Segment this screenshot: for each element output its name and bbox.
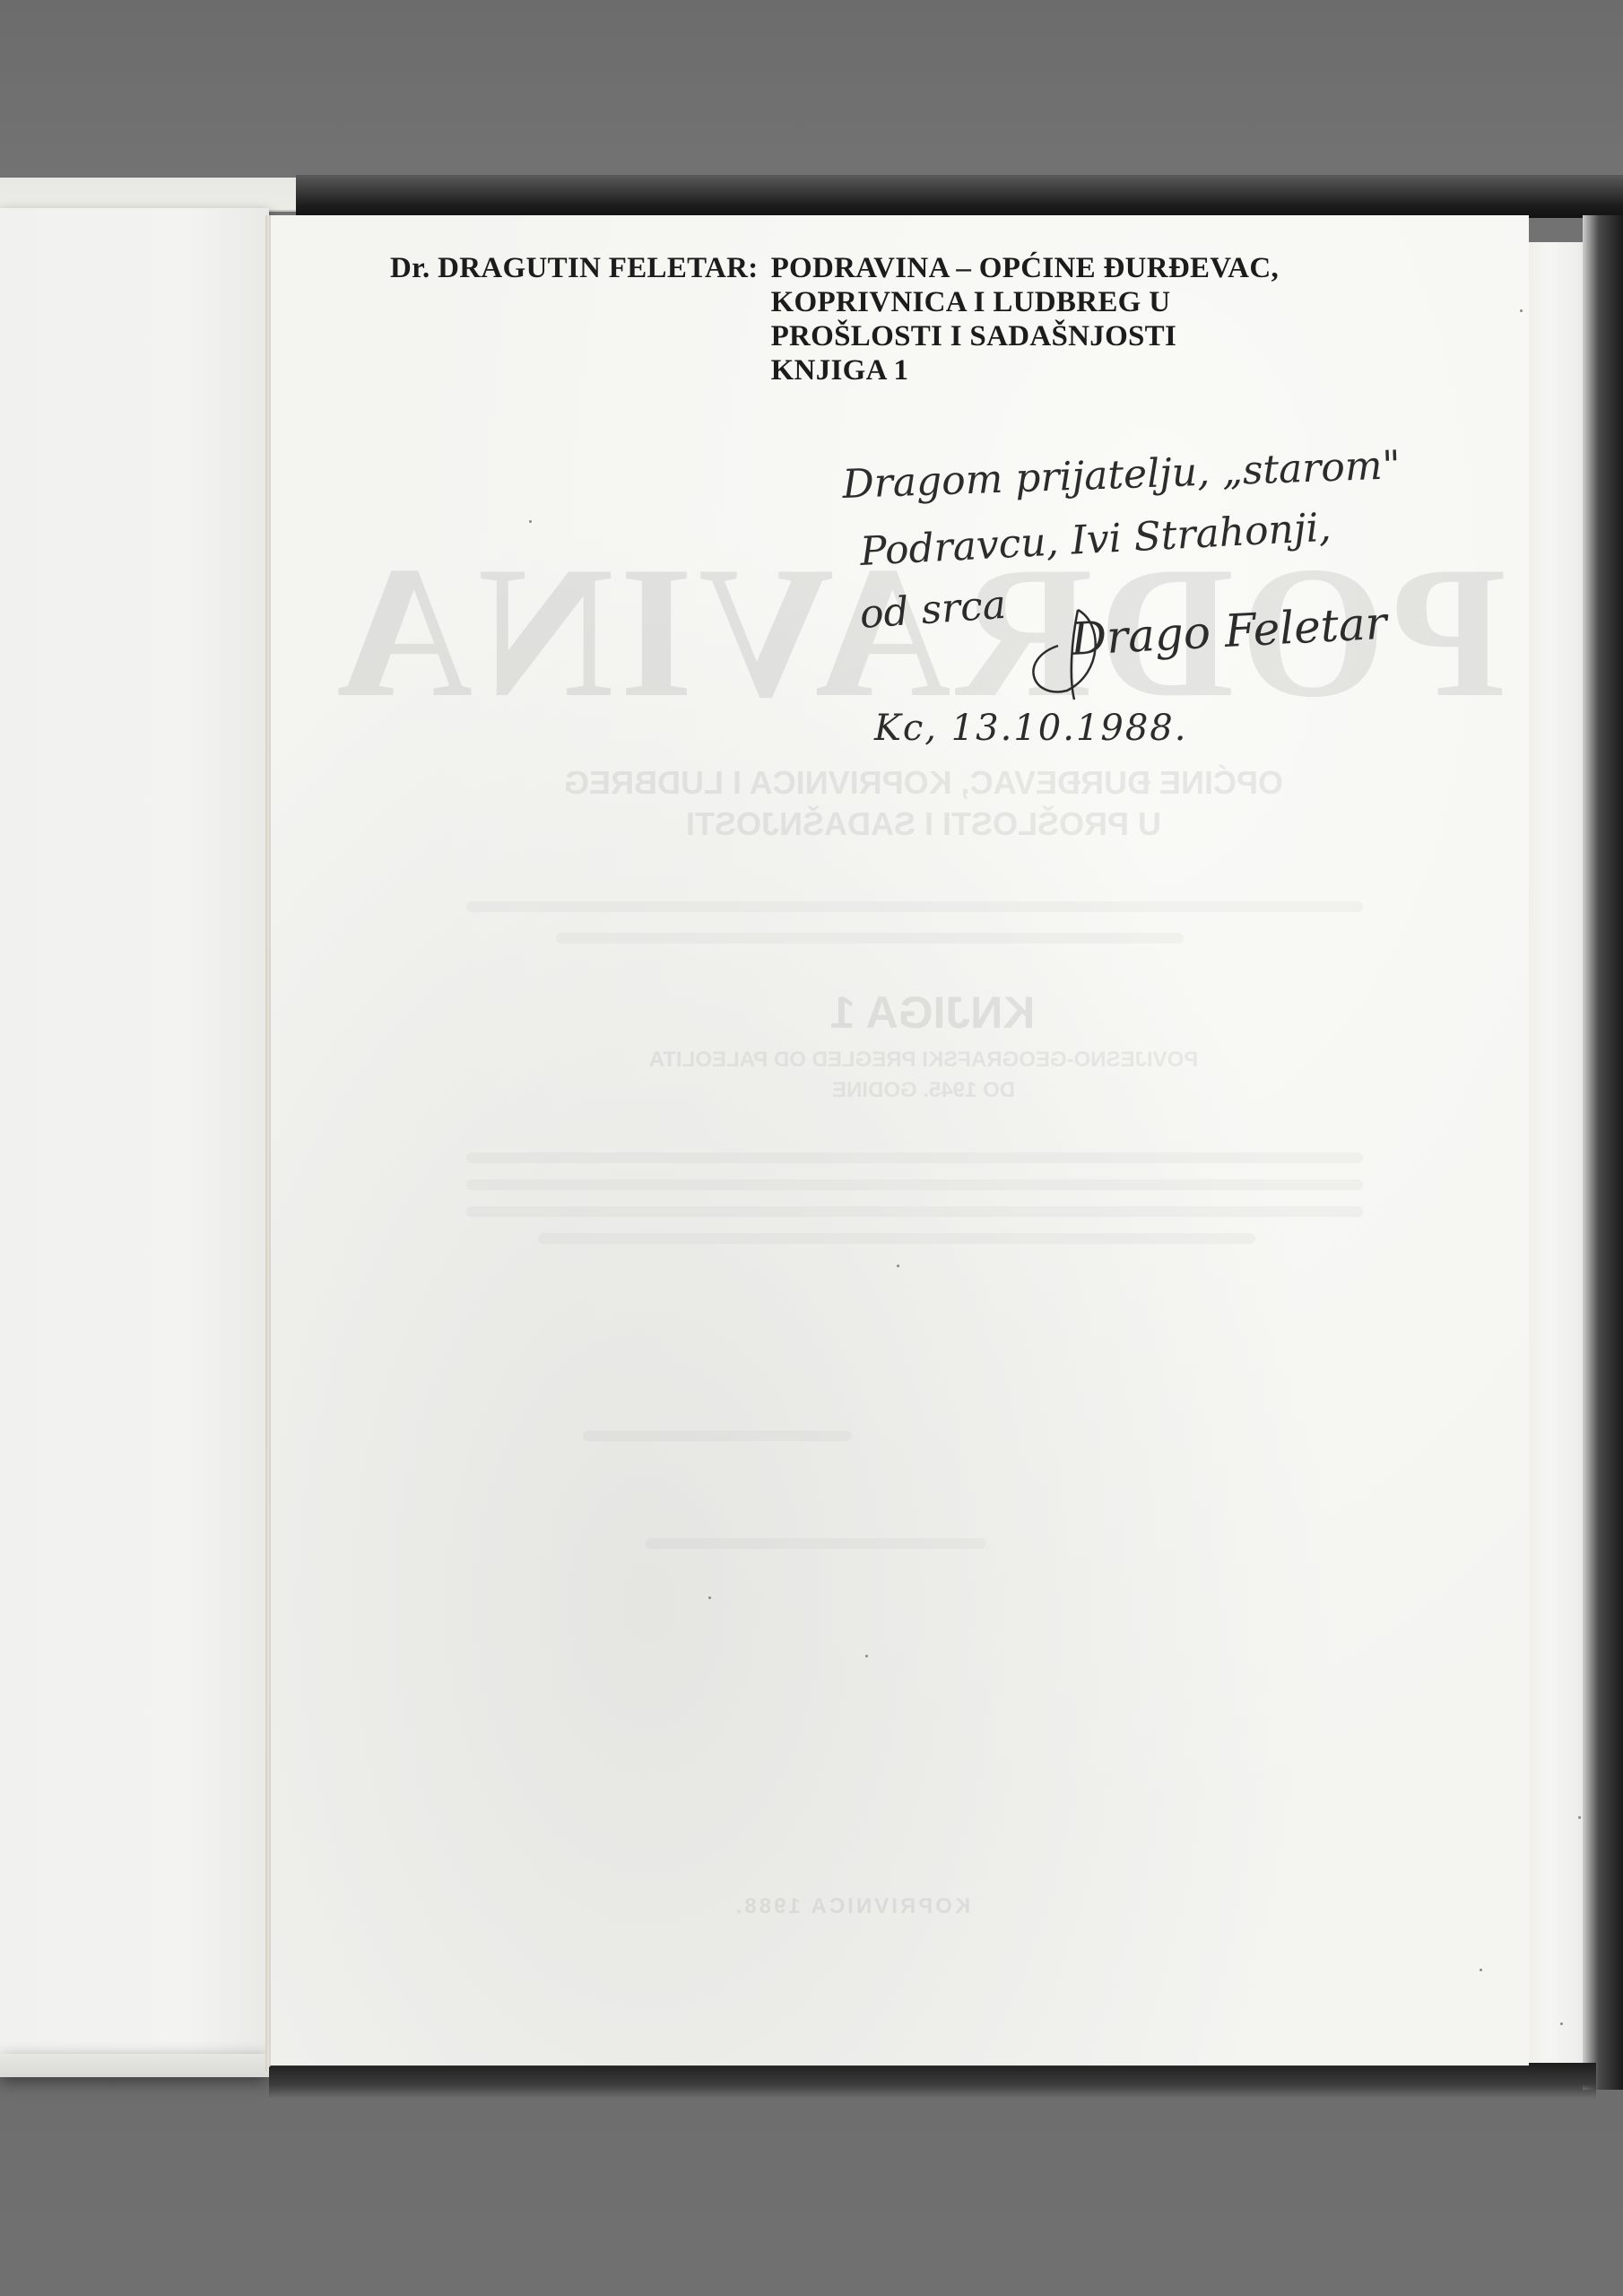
speck bbox=[1578, 1816, 1581, 1819]
book-title: PODRAVINA – OPĆINE ĐURĐEVAC, KOPRIVNICA … bbox=[771, 251, 1279, 387]
handwritten-dedication: Dragom prijatelju, „starom" Podravcu, Iv… bbox=[834, 430, 1480, 753]
dedication-line: Dragom prijatelju, „starom" bbox=[841, 442, 1402, 508]
show-through-book-label: KNJIGA 1 bbox=[502, 987, 1363, 1039]
book-title-line: PODRAVINA – OPĆINE ĐURĐEVAC, bbox=[771, 251, 1279, 285]
left-endpaper bbox=[0, 208, 269, 2056]
author-name: Dr. DRAGUTIN FELETAR: bbox=[390, 251, 759, 387]
book-title-line: PROŠLOSTI I SADAŠNJOSTI bbox=[771, 319, 1279, 353]
place-date: Kc, 13.10.1988. bbox=[873, 708, 1187, 749]
left-page-top-edge bbox=[0, 178, 309, 212]
cover-right-shadow bbox=[1583, 215, 1623, 2090]
show-through-line bbox=[466, 1179, 1363, 1190]
show-through-subtitle-line: U PROŠLOSTI I SADAŠNJOSTI bbox=[466, 804, 1381, 845]
show-through-line bbox=[538, 1233, 1255, 1244]
speck bbox=[1520, 309, 1523, 312]
cover-top-shadow bbox=[296, 175, 1623, 218]
show-through-imprint: KOPRIVNICA 1988. bbox=[628, 1894, 1076, 1919]
speck bbox=[708, 1596, 711, 1599]
show-through-line bbox=[466, 901, 1363, 912]
show-through-line bbox=[583, 1431, 852, 1441]
speck bbox=[865, 1655, 868, 1657]
speck bbox=[1560, 2022, 1563, 2025]
book-title-line: KNJIGA 1 bbox=[771, 353, 1279, 387]
speck bbox=[1480, 1969, 1482, 1971]
speck bbox=[897, 1265, 899, 1267]
speck bbox=[529, 520, 532, 523]
show-through-book-sub-line: POVIJESNO-GEOGRAFSKI PREGLED OD PALEOLIT… bbox=[484, 1045, 1363, 1075]
dedication-line: Podravcu, Ivi Strahonji, bbox=[858, 505, 1332, 576]
dedication-line: od srca bbox=[858, 582, 1007, 638]
show-through-line bbox=[466, 1206, 1363, 1217]
show-through-book-sub: POVIJESNO-GEOGRAFSKI PREGLED OD PALEOLIT… bbox=[484, 1045, 1363, 1106]
show-through-subtitle: OPĆINE ĐURĐEVAC, KOPRIVNICA I LUDBREG U … bbox=[466, 762, 1381, 845]
show-through-line bbox=[646, 1538, 986, 1549]
show-through-subtitle-line: OPĆINE ĐURĐEVAC, KOPRIVNICA I LUDBREG bbox=[466, 762, 1381, 804]
book-title-line: KOPRIVNICA I LUDBREG U bbox=[771, 285, 1279, 319]
cover-bottom-shadow bbox=[269, 2063, 1596, 2099]
printed-header: Dr. DRAGUTIN FELETAR: PODRAVINA – OPĆINE… bbox=[390, 251, 1279, 387]
signature: Drago Feletar bbox=[1069, 596, 1391, 665]
show-through-book-sub-line: DO 1945. GODINE bbox=[484, 1075, 1363, 1106]
show-through-line bbox=[466, 1152, 1363, 1163]
left-page-bottom-edge bbox=[0, 2054, 269, 2077]
show-through-line bbox=[556, 933, 1184, 944]
